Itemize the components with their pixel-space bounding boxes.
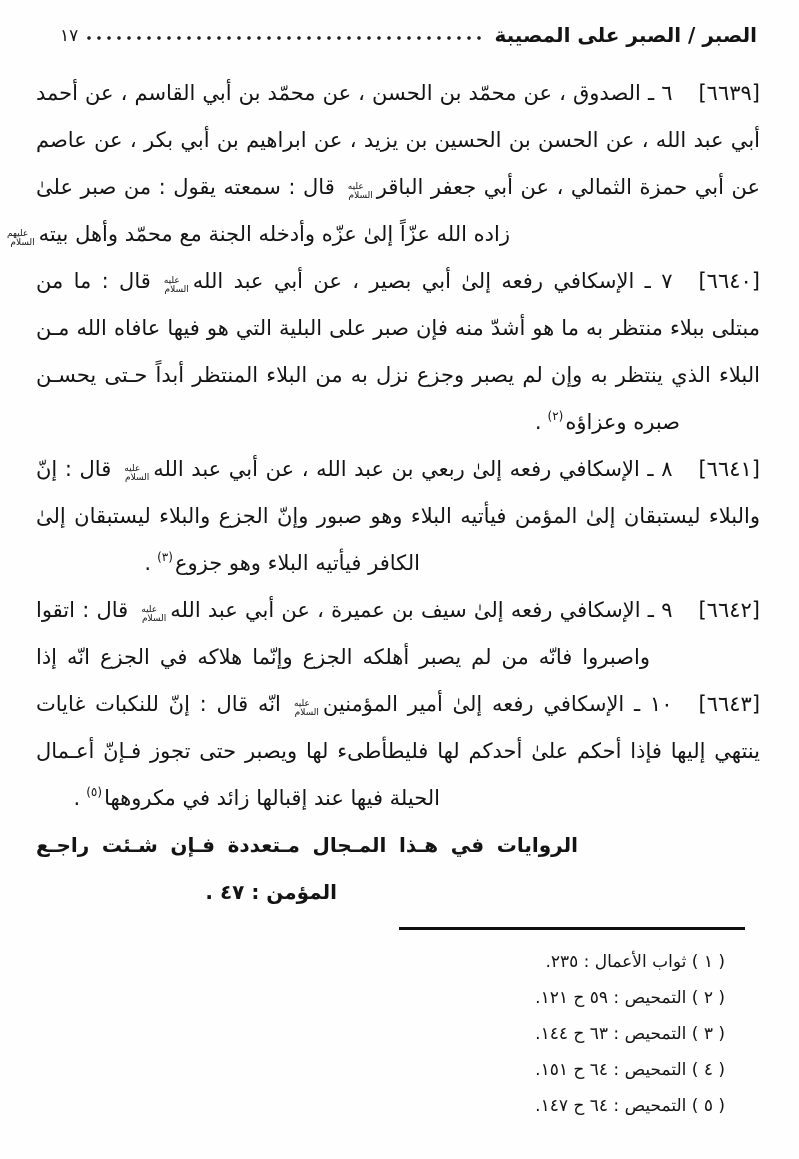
hadith-entry: [٦٦٤٠]٧ ـ الإسكافي رفعه إلىٰ أبي بصير ، … <box>36 258 760 446</box>
hadith-text: ينتهي إليها فإذا أحكم علىٰ أحدكم لها فلي… <box>36 739 760 763</box>
honorific-ligature: عليهم السلام <box>1 230 35 248</box>
hadith-ref: [٦٦٤١] <box>698 457 760 481</box>
hadith-line: [٦٦٤٢]٩ ـ الإسكافي رفعه إلىٰ سيف بن عمير… <box>36 587 760 634</box>
book-page: ١٧ الصبر / الصبر على المصيبة [٦٦٣٩]٦ ـ ا… <box>0 0 799 1159</box>
hadith-text: زاده الله عزّاً إلىٰ عزّه وأدخله الجنة م… <box>39 222 510 246</box>
hadith-text: أبي عبد الله ، عن الحسن بن الحسين بن يزي… <box>36 128 760 164</box>
footnote-separator <box>399 927 745 930</box>
hadith-text: . <box>535 410 542 434</box>
hadith-entry: [٦٦٣٩]٦ ـ الصدوق ، عن محمّد بن الحسن ، ع… <box>36 70 760 258</box>
hadith-line: [٦٦٤٣]١٠ ـ الإسكافي رفعه إلىٰ أمير المؤم… <box>36 681 760 728</box>
page-number: ١٧ <box>60 25 78 47</box>
dotted-leader <box>86 34 484 42</box>
hadith-ref: [٦٦٤٠] <box>698 269 760 293</box>
hadith-text: ٧ ـ الإسكافي رفعه إلىٰ أبي بصير ، عن أبي… <box>193 269 673 293</box>
hadith-ref: [٦٦٤٣] <box>698 692 760 716</box>
page-header: ١٧ الصبر / الصبر على المصيبة <box>60 13 757 47</box>
honorific-ligature: عليه السلام <box>132 606 166 624</box>
hadith-line: البلاء الذي ينتظر به وإن لم يصبر وجزع نز… <box>36 352 760 399</box>
hadith-line: مبتلى ببلاء منتظر به ما هو أشدّ منه فإن … <box>36 305 760 352</box>
hadith-line: الكافر فيأتيه البلاء وهو جزوع(٣). <box>36 540 420 587</box>
chapter-title: الصبر / الصبر على المصيبة <box>494 23 757 47</box>
honorific-ligature: عليه السلام <box>339 183 373 201</box>
honorific-ligature: عليه السلام <box>155 277 189 295</box>
hadith-text: مبتلى ببلاء منتظر به ما هو أشدّ منه فإن … <box>36 316 760 340</box>
closing-line: المؤمن : ٤٧ . <box>36 869 337 916</box>
hadith-text: ٦ ـ الصدوق ، عن محمّد بن الحسن ، عن محمّ… <box>36 81 760 117</box>
closing-text: الروايات في هـذا المـجال مـتعددة فـإن شـ… <box>36 833 578 869</box>
hadith-line: عن أبي حمزة الثمالي ، عن أبي جعفر الباقر… <box>36 164 760 211</box>
hadith-text: عن أبي حمزة الثمالي ، عن أبي جعفر الباقر <box>377 175 760 199</box>
hadith-line: والبلاء ليستبقان إلىٰ المؤمن فيأتيه البل… <box>36 493 760 540</box>
hadith-text: ١٠ ـ الإسكافي رفعه إلىٰ أمير المؤمنين <box>323 692 673 716</box>
honorific-ligature: عليه السلام <box>285 700 319 718</box>
hadith-text: الكافر فيأتيه البلاء وهو جزوع <box>175 551 420 575</box>
hadith-line: واصبروا فانّه من لم يصبر أهلكه الجزع وإن… <box>36 634 650 681</box>
footnote-marker: (٣) <box>157 550 173 564</box>
footnote-marker: (٥) <box>86 785 102 799</box>
text-block: [٦٦٣٩]٦ ـ الصدوق ، عن محمّد بن الحسن ، ع… <box>36 70 760 916</box>
hadith-entry: [٦٦٤٢]٩ ـ الإسكافي رفعه إلىٰ سيف بن عمير… <box>36 587 760 681</box>
hadith-text: والبلاء ليستبقان إلىٰ المؤمن فيأتيه البل… <box>36 504 760 528</box>
hadith-line: [٦٦٤٠]٧ ـ الإسكافي رفعه إلىٰ أبي بصير ، … <box>36 258 760 305</box>
footnote-item: ( ١ ) ثواب الأعمال : ٢٣٥. <box>535 944 725 980</box>
hadith-text: صبره وعزاؤه <box>565 410 680 434</box>
footnote-item: ( ٣ ) التمحيص : ٦٣ ح ١٤٤. <box>535 1016 725 1052</box>
hadith-ref: [٦٦٣٩] <box>698 81 760 105</box>
hadith-text: . <box>74 786 81 810</box>
hadith-entry: [٦٦٤٣]١٠ ـ الإسكافي رفعه إلىٰ أمير المؤم… <box>36 681 760 822</box>
hadith-line: زاده الله عزّاً إلىٰ عزّه وأدخله الجنة م… <box>36 211 510 258</box>
hadith-line: صبره وعزاؤه(٢). <box>36 399 680 446</box>
footnote-item: ( ٥ ) التمحيص : ٦٤ ح ١٤٧. <box>535 1088 725 1124</box>
footnote-marker: (٢) <box>548 409 564 423</box>
hadith-line: أبي عبد الله ، عن الحسن بن الحسين بن يزي… <box>36 117 760 164</box>
hadith-entry: [٦٦٤١]٨ ـ الإسكافي رفعه إلىٰ ربعي بن عبد… <box>36 446 760 587</box>
hadith-text: البلاء الذي ينتظر به وإن لم يصبر وجزع نز… <box>36 363 760 387</box>
hadith-ref: [٦٦٤٢] <box>698 598 760 622</box>
hadith-text: الحيلة فيها عند إقبالها زائد في مكروهها <box>104 786 440 810</box>
hadith-text: . <box>144 551 151 575</box>
hadith-text: ٩ ـ الإسكافي رفعه إلىٰ سيف بن عميرة ، عن… <box>170 598 672 622</box>
closing-line: الروايات في هـذا المـجال مـتعددة فـإن شـ… <box>36 822 578 869</box>
footnotes-block: ( ١ ) ثواب الأعمال : ٢٣٥. ( ٢ ) التمحيص … <box>535 944 725 1124</box>
hadith-text: واصبروا فانّه من لم يصبر أهلكه الجزع وإن… <box>36 645 650 681</box>
closing-note: الروايات في هـذا المـجال مـتعددة فـإن شـ… <box>36 822 760 916</box>
hadith-text: ٨ ـ الإسكافي رفعه إلىٰ ربعي بن عبد الله … <box>153 457 672 481</box>
hadith-line: الحيلة فيها عند إقبالها زائد في مكروهها(… <box>36 775 440 822</box>
honorific-ligature: عليه السلام <box>115 465 149 483</box>
hadith-line: [٦٦٣٩]٦ ـ الصدوق ، عن محمّد بن الحسن ، ع… <box>36 70 760 117</box>
hadith-line: [٦٦٤١]٨ ـ الإسكافي رفعه إلىٰ ربعي بن عبد… <box>36 446 760 493</box>
footnote-item: ( ٢ ) التمحيص : ٥٩ ح ١٢١. <box>535 980 725 1016</box>
closing-text: المؤمن : ٤٧ . <box>205 880 337 904</box>
footnote-item: ( ٤ ) التمحيص : ٦٤ ح ١٥١. <box>535 1052 725 1088</box>
hadith-line: ينتهي إليها فإذا أحكم علىٰ أحدكم لها فلي… <box>36 728 760 775</box>
